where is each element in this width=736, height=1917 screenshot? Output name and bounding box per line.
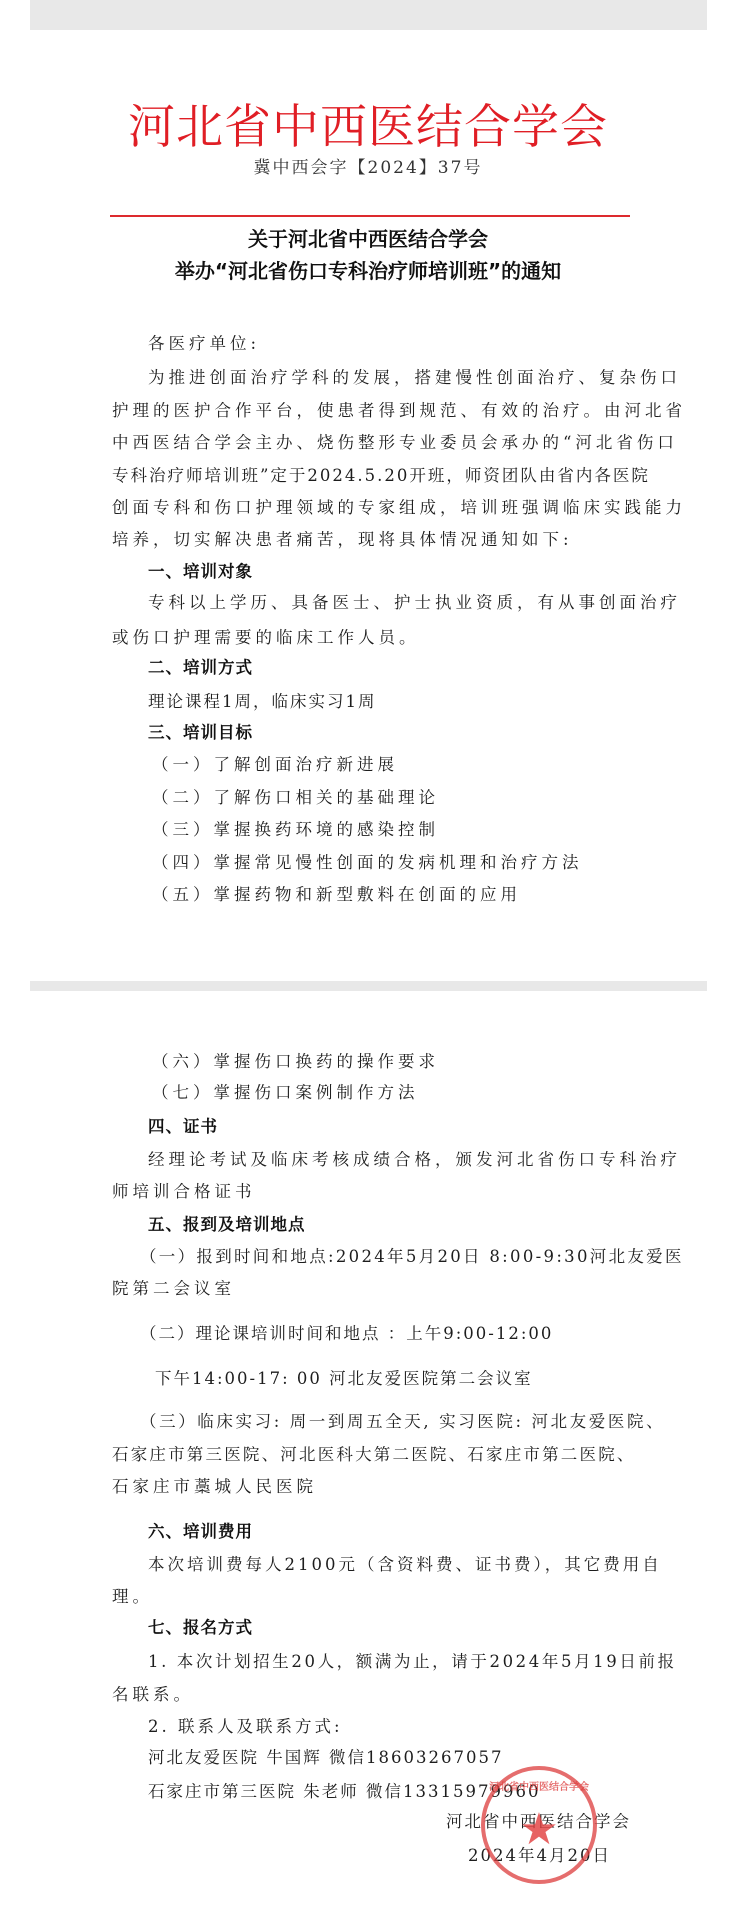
official-seal: 河北省中西医结合学会 ★ (481, 1766, 597, 1884)
star-icon: ★ (485, 1808, 593, 1852)
doc-number: 冀中西会字【2024】37号 (0, 157, 736, 179)
intro-line: 专科治疗师培训班”定于2024.5.20开班，师资团队由省内各医院 (112, 465, 650, 487)
intro-line: 护理的医护合作平台，使患者得到规范、有效的治疗。由河北省 (112, 400, 686, 422)
notice-heading-line2: 举办“河北省伤口专科治疗师培训班”的通知 (0, 258, 736, 284)
section-title-certificate: 四、证书 (148, 1116, 218, 1138)
intro-line: 为推进创面治疗学科的发展，搭建慢性创面治疗、复杂伤口 (148, 367, 681, 389)
section-text: 理论课程1周，临床实习1周 (148, 691, 377, 713)
red-divider (110, 215, 630, 217)
goal-item: （三）掌握换药环境的感染控制 (152, 819, 439, 841)
page-gap-divider (30, 981, 707, 991)
section-text: 本次培训费每人2100元（含资料费、证书费），其它费用自 (148, 1554, 662, 1576)
intro-line: 培养，切实解决患者痛苦，现将具体情况通知如下: (112, 529, 573, 551)
notice-heading-line1: 关于河北省中西医结合学会 (0, 226, 736, 252)
contact-line: 石家庄市第三医院 朱老师 微信13315979960 (148, 1781, 540, 1803)
section-title-method: 二、培训方式 (148, 657, 253, 679)
section-text: （三）临床实习: 周一到周五全天, 实习医院: 河北友爱医院、 (140, 1411, 665, 1433)
goal-item: （六）掌握伤口换药的操作要求 (152, 1051, 439, 1073)
section-title-fees: 六、培训费用 (148, 1521, 253, 1543)
section-text: 1. 本次计划招生20人，额满为止，请于2024年5月19日前报 (148, 1651, 677, 1673)
section-title-trainees: 一、培训对象 (148, 561, 253, 583)
goal-item: （七）掌握伤口案例制作方法 (152, 1082, 419, 1104)
intro-line: 中西医结合学会主办、烧伤整形专业委员会承办的“河北省伤口 (112, 432, 678, 454)
section-text: 石家庄市藁城人民医院 (112, 1476, 317, 1498)
section-text: 经理论考试及临床考核成绩合格，颁发河北省伤口专科治疗 (148, 1149, 681, 1171)
section-text: （二）理论课培训时间和地点 ：上午9:00-12:00 (140, 1323, 553, 1345)
section-text: 下午14:00-17: 00 河北友爱医院第二会议室 (155, 1368, 533, 1390)
org-title: 河北省中西医结合学会 (0, 101, 736, 155)
contact-line: 河北友爱医院 牛国辉 微信18603267057 (148, 1747, 503, 1769)
section-text: 石家庄市第三医院、河北医科大第二医院、石家庄市第二医院、 (112, 1444, 636, 1466)
section-title-registration: 七、报名方式 (148, 1617, 253, 1639)
section-title-location: 五、报到及培训地点 (148, 1214, 306, 1236)
section-text: 理。 (112, 1586, 153, 1608)
section-text: 专科以上学历、具备医士、护士执业资质，有从事创面治疗 (148, 592, 681, 614)
salutation: 各医疗单位: (148, 333, 260, 355)
section-text: 院第二会议室 (112, 1278, 235, 1300)
section-text: 师培训合格证书 (112, 1181, 256, 1203)
goal-item: （一）了解创面治疗新进展 (152, 754, 398, 776)
page-gap-top (30, 0, 707, 30)
section-text: 2. 联系人及联系方式: (148, 1716, 343, 1738)
section-text: 或伤口护理需要的临床工作人员。 (112, 627, 420, 649)
seal-text: 河北省中西医结合学会 (485, 1778, 593, 1793)
section-text: （一）报到时间和地点:2024年5月20日 8:00-9:30河北友爱医 (140, 1246, 684, 1268)
section-text: 名联系。 (112, 1684, 194, 1706)
section-title-goals: 三、培训目标 (148, 722, 253, 744)
goal-item: （四）掌握常见慢性创面的发病机理和治疗方法 (152, 852, 583, 874)
intro-line: 创面专科和伤口护理领域的专家组成，培训班强调临床实践能力 (112, 497, 686, 519)
goal-item: （二）了解伤口相关的基础理论 (152, 787, 439, 809)
goal-item: （五）掌握药物和新型敷料在创面的应用 (152, 884, 521, 906)
